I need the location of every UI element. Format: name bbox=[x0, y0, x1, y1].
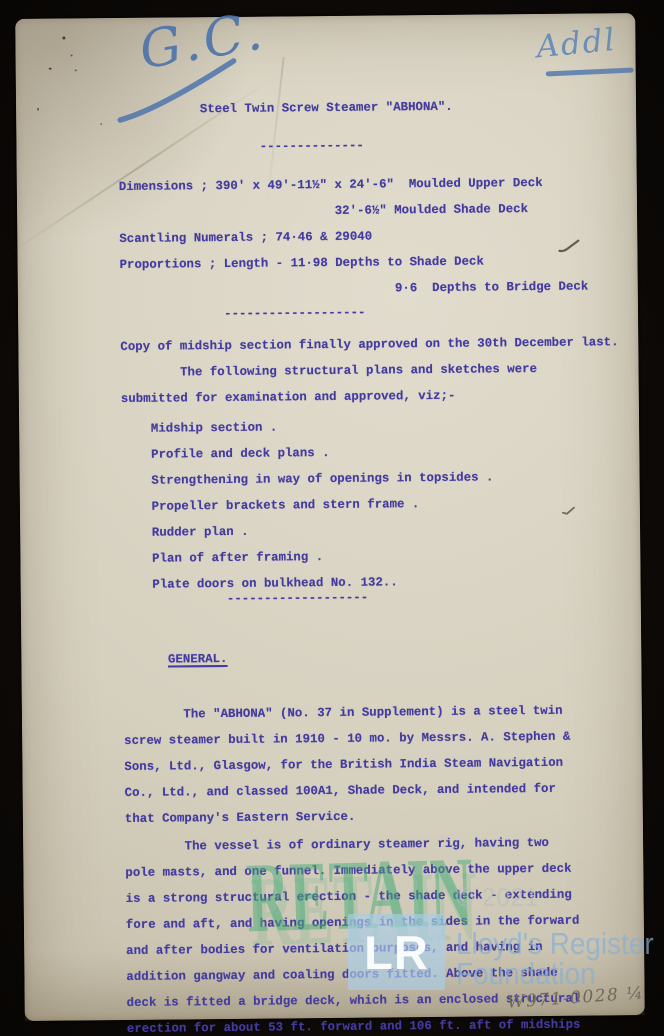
watermark-org-name-line2: Foundation bbox=[456, 956, 596, 992]
approval-paragraph: Copy of midship section finally approved… bbox=[120, 329, 646, 412]
paragraph-line: submitted for examination and approved, … bbox=[121, 381, 646, 412]
paper-speck bbox=[37, 108, 39, 111]
document-title: Steel Twin Screw Steamer "ABHONA". bbox=[118, 92, 643, 123]
spec-line: 9·6 Depths to Bridge Deck bbox=[120, 273, 645, 304]
paper-speck bbox=[49, 68, 52, 70]
plans-list: Midship section . Profile and deck plans… bbox=[121, 411, 648, 598]
general-heading-text: GENERAL. bbox=[168, 652, 228, 667]
paper-speck bbox=[100, 123, 102, 125]
scanned-document-page: { "page": { "background_color": "#0c0907… bbox=[0, 0, 664, 1036]
paragraph-line: Copy of midship section finally approved… bbox=[120, 329, 645, 360]
divider-dashes: -------------- bbox=[118, 130, 643, 161]
handwritten-note: Addl bbox=[535, 22, 618, 66]
note-underline-stroke bbox=[546, 68, 634, 76]
paragraph-line: erection for about 53 ft. forward and 10… bbox=[127, 1011, 652, 1036]
paper-speck bbox=[71, 54, 73, 56]
lloyds-register-logo-watermark: LR bbox=[348, 914, 445, 990]
divider-dashes: ------------------- bbox=[120, 297, 645, 328]
paper-speck bbox=[75, 69, 77, 71]
copyright-watermark: © 2021 bbox=[456, 882, 539, 913]
general-paragraph-1: The "ABHONA" (No. 37 in Supplement) is a… bbox=[124, 697, 650, 832]
paragraph-line: that Company's Eastern Service. bbox=[125, 801, 650, 832]
lr-logo-letters: LR bbox=[364, 925, 429, 980]
general-section-heading: GENERAL. bbox=[123, 616, 649, 699]
dimensions-section: Dimensions ; 390' x 49'-11½" x 24'-6" Mo… bbox=[119, 169, 645, 304]
paper-speck bbox=[62, 37, 65, 40]
